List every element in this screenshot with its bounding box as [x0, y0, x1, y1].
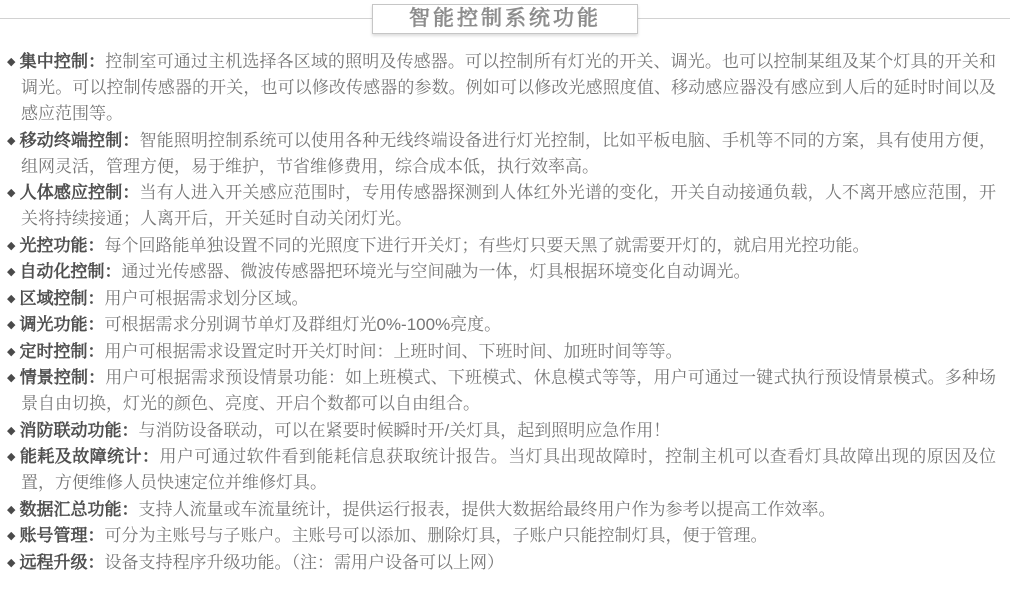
feature-label: 集中控制	[20, 52, 89, 71]
feature-text: 可根据需求分别调节单灯及群组灯光0%-100%亮度。	[104, 315, 501, 334]
feature-label-separator: ：	[87, 315, 104, 334]
feature-label-separator: ：	[88, 52, 105, 71]
diamond-bullet-icon: ◆	[7, 451, 16, 463]
feature-label: 账号管理	[19, 526, 87, 545]
feature-label: 消防联动功能	[19, 421, 121, 440]
feature-text: 用户可根据需求划分区域。	[104, 289, 308, 308]
feature-item: ◆区域控制：用户可根据需求划分区域。	[7, 286, 996, 312]
feature-label-separator: ：	[121, 421, 138, 440]
feature-item: ◆人体感应控制：当有人进入开关感应范围时，专用传感器探测到人体红外光谱的变化，开…	[7, 180, 996, 232]
feature-item: ◆账号管理：可分为主账号与子账户。主账号可以添加、删除灯具，子账户只能控制灯具，…	[7, 523, 996, 549]
feature-item: ◆数据汇总功能：支持人流量或车流量统计，提供运行报表，提供大数据给最终用户作为参…	[7, 497, 996, 523]
document-page: 智能控制系统功能 ◆集中控制：控制室可通过主机选择各区域的照明及传感器。可以控制…	[0, 0, 1010, 606]
diamond-bullet-icon: ◆	[7, 135, 16, 147]
feature-label: 远程升级	[19, 553, 87, 572]
feature-text: 与消防设备联动，可以在紧要时候瞬时开/关灯具，起到照明应急作用！	[138, 421, 670, 440]
feature-label-separator: ：	[122, 131, 139, 150]
feature-label: 区域控制	[19, 289, 87, 308]
feature-label-separator: ：	[121, 500, 138, 519]
feature-item: ◆调光功能：可根据需求分别调节单灯及群组灯光0%-100%亮度。	[7, 312, 996, 338]
feature-label: 情景控制	[20, 368, 89, 387]
feature-label: 光控功能	[19, 236, 87, 255]
feature-text: 用户可根据需求设置定时开关灯时间：上班时间、下班时间、加班时间等等。	[104, 342, 682, 361]
diamond-bullet-icon: ◆	[7, 240, 15, 252]
diamond-bullet-icon: ◆	[7, 530, 15, 542]
feature-label: 移动终端控制	[20, 131, 123, 150]
diamond-bullet-icon: ◆	[7, 56, 16, 68]
feature-label: 能耗及故障统计	[20, 447, 142, 466]
feature-item: ◆情景控制：用户可根据需求预设情景功能：如上班模式、下班模式、休息模式等等，用户…	[7, 365, 996, 417]
diamond-bullet-icon: ◆	[7, 187, 16, 199]
feature-label: 自动化控制	[19, 262, 104, 281]
feature-label-separator: ：	[87, 526, 104, 545]
feature-item: ◆集中控制：控制室可通过主机选择各区域的照明及传感器。可以控制所有灯光的开关、调…	[7, 49, 996, 127]
feature-label-separator: ：	[142, 447, 159, 466]
feature-text: 用户可根据需求预设情景功能：如上班模式、下班模式、休息模式等等，用户可通过一键式…	[21, 368, 996, 413]
feature-text: 当有人进入开关感应范围时，专用传感器探测到人体红外光谱的变化，开关自动接通负载，…	[21, 183, 996, 228]
feature-label-separator: ：	[87, 236, 104, 255]
feature-text: 设备支持程序升级功能。（注：需用户设备可以上网）	[104, 553, 504, 572]
feature-label-separator: ：	[87, 553, 104, 572]
feature-label-separator: ：	[87, 289, 104, 308]
diamond-bullet-icon: ◆	[7, 266, 15, 278]
feature-label: 数据汇总功能	[19, 500, 121, 519]
diamond-bullet-icon: ◆	[7, 319, 15, 331]
feature-label-separator: ：	[87, 342, 104, 361]
feature-label: 定时控制	[19, 342, 87, 361]
feature-item: ◆光控功能：每个回路能单独设置不同的光照度下进行开关灯；有些灯只要天黑了就需要开…	[7, 233, 996, 259]
diamond-bullet-icon: ◆	[7, 293, 15, 305]
feature-item: ◆能耗及故障统计：用户可通过软件看到能耗信息获取统计报告。当灯具出现故障时，控制…	[7, 444, 996, 496]
feature-text: 支持人流量或车流量统计，提供运行报表，提供大数据给最终用户作为参考以提高工作效率…	[138, 500, 835, 519]
feature-text: 通过光传感器、微波传感器把环境光与空间融为一体，灯具根据环境变化自动调光。	[121, 262, 750, 281]
title-band: 智能控制系统功能	[0, 0, 1010, 36]
feature-label-separator: ：	[122, 183, 139, 202]
diamond-bullet-icon: ◆	[7, 346, 15, 358]
diamond-bullet-icon: ◆	[7, 557, 15, 569]
feature-item: ◆消防联动功能：与消防设备联动，可以在紧要时候瞬时开/关灯具，起到照明应急作用！	[7, 418, 996, 444]
feature-item: ◆移动终端控制：智能照明控制系统可以使用各种无线终端设备进行灯光控制，比如平板电…	[7, 128, 996, 180]
feature-label: 调光功能	[19, 315, 87, 334]
feature-item: ◆定时控制：用户可根据需求设置定时开关灯时间：上班时间、下班时间、加班时间等等。	[7, 339, 996, 365]
feature-label-separator: ：	[104, 262, 121, 281]
diamond-bullet-icon: ◆	[7, 372, 16, 384]
diamond-bullet-icon: ◆	[7, 504, 15, 516]
feature-item: ◆远程升级：设备支持程序升级功能。（注：需用户设备可以上网）	[7, 550, 996, 576]
feature-text: 每个回路能单独设置不同的光照度下进行开关灯；有些灯只要天黑了就需要开灯的，就启用…	[104, 236, 869, 255]
feature-text: 用户可通过软件看到能耗信息获取统计报告。当灯具出现故障时，控制主机可以查看灯具故…	[21, 447, 996, 492]
feature-item: ◆自动化控制：通过光传感器、微波传感器把环境光与空间融为一体，灯具根据环境变化自…	[7, 259, 996, 285]
feature-list: ◆集中控制：控制室可通过主机选择各区域的照明及传感器。可以控制所有灯光的开关、调…	[0, 49, 1010, 576]
feature-label-separator: ：	[88, 368, 105, 387]
feature-text: 控制室可通过主机选择各区域的照明及传感器。可以控制所有灯光的开关、调光。也可以控…	[21, 52, 996, 123]
feature-label: 人体感应控制	[20, 183, 123, 202]
feature-text: 智能照明控制系统可以使用各种无线终端设备进行灯光控制，比如平板电脑、手机等不同的…	[21, 131, 996, 176]
page-title: 智能控制系统功能	[372, 4, 638, 34]
feature-text: 可分为主账号与子账户。主账号可以添加、删除灯具，子账户只能控制灯具，便于管理。	[104, 526, 767, 545]
diamond-bullet-icon: ◆	[7, 425, 15, 437]
